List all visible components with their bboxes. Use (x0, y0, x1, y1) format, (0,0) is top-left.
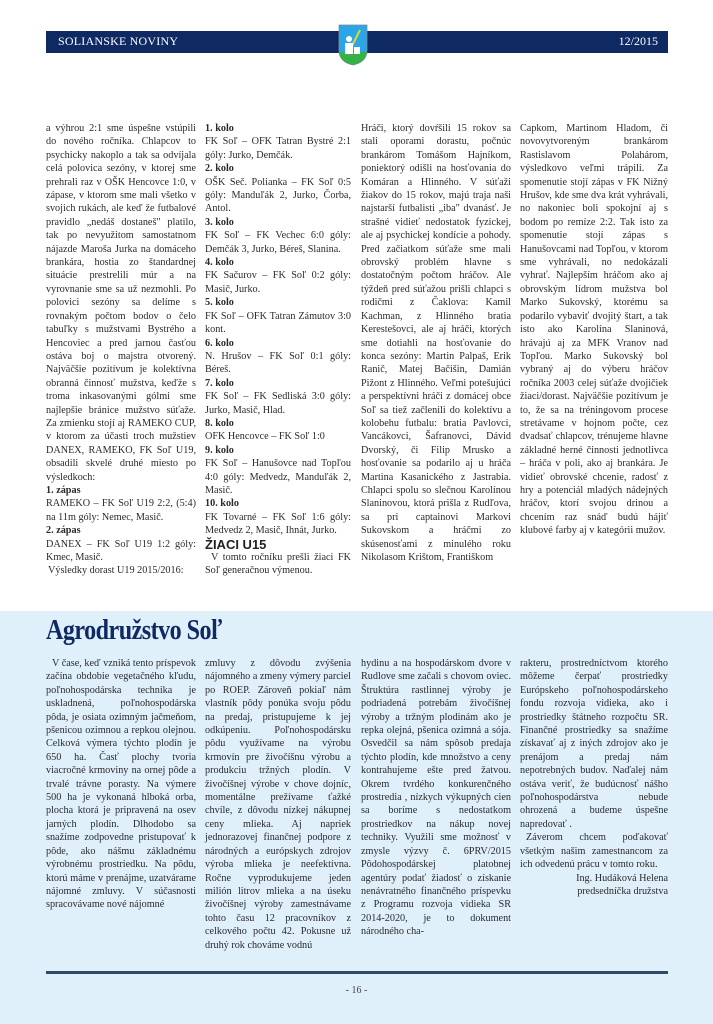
round-result: FK Soľ – OFK Tatran Zámutov 3:0 kont. (205, 310, 351, 337)
round-label: 7. kolo (205, 377, 351, 390)
football-column-4: Capkom, Martinom Hladom, či novovytvoren… (520, 122, 668, 538)
football-paragraph: a výhrou 2:1 sme úspešne vstúpili do nov… (46, 122, 196, 484)
u15-paragraph: Hráči, ktorý dovŕšili 15 rokov sa stali … (361, 122, 511, 564)
publication-title: SOLIANSKE NOVINY (58, 34, 178, 49)
round-label: 5. kolo (205, 296, 351, 309)
round-label: 9. kolo (205, 444, 351, 457)
signature-role: predsedníčka družstva (520, 885, 668, 898)
agro-column-4: rakteru, prostredníctvom ktorého môžeme … (520, 657, 668, 898)
football-column-3: Hráči, ktorý dovŕšili 15 rokov sa stali … (361, 122, 511, 564)
agro-paragraph: rakteru, prostredníctvom ktorého môžeme … (520, 657, 668, 831)
round-result: FK Sačurov – FK Soľ 0:2 góly: Masič, Jur… (205, 269, 351, 296)
agro-paragraph: V čase, keď vzniká tento príspevok začín… (46, 657, 196, 912)
round-result: FK Tovarné – FK Soľ 1:6 góly: Medvedz 2,… (205, 511, 351, 538)
footer-divider (46, 971, 668, 974)
round-label: 6. kolo (205, 337, 351, 350)
cup-match-result: RAMEKO – FK Soľ U19 2:2, (5:4) na 11m gó… (46, 497, 196, 524)
issue-number: 12/2015 (619, 34, 658, 49)
agro-closing: Záverom chcem poďakovať všetkým našim za… (520, 831, 668, 871)
agro-paragraph: hydinu a na hospodárskom dvore v Rudlove… (361, 657, 511, 939)
football-column-1: a výhrou 2:1 sme úspešne vstúpili do nov… (46, 122, 196, 578)
round-result: FK Soľ – Hanušovce nad Topľou 4:0 góly: … (205, 457, 351, 497)
agro-paragraph: zmluvy z dôvodu zvýšenia nájomného a zme… (205, 657, 351, 952)
agro-column-1: V čase, keď vzniká tento príspevok začín… (46, 657, 196, 912)
cup-match-label: 2. zápas (46, 524, 196, 537)
u15-paragraph: Capkom, Martinom Hladom, či novovytvoren… (520, 122, 668, 538)
page-number: - 16 - (0, 985, 713, 996)
round-label: 8. kolo (205, 417, 351, 430)
section-title: Agrodružstvo Soľ (46, 615, 222, 647)
results-intro: Výsledky dorast U19 2015/2016: (46, 564, 196, 577)
section-heading-u15: ŽIACI U15 (205, 538, 351, 551)
round-label: 10. kolo (205, 497, 351, 510)
round-result: FK Soľ – FK Vechec 6:0 góly: Demčák 3, J… (205, 229, 351, 256)
round-result: N. Hrušov – FK Soľ 0:1 góly: Béreš. (205, 350, 351, 377)
round-label: 4. kolo (205, 256, 351, 269)
agro-column-2: zmluvy z dôvodu zvýšenia nájomného a zme… (205, 657, 351, 952)
agrodruzstvo-section: Agrodružstvo Soľ V čase, keď vzniká tent… (0, 611, 713, 1024)
round-result: FK Soľ – OFK Tatran Bystré 2:1 góly: Jur… (205, 135, 351, 162)
municipal-coat-of-arms-icon (338, 24, 368, 66)
signature-name: Ing. Hudáková Helena (520, 872, 668, 885)
round-result: OFK Hencovce – FK Soľ 1:0 (205, 430, 351, 443)
cup-match-label: 1. zápas (46, 484, 196, 497)
round-label: 2. kolo (205, 162, 351, 175)
round-result: OŠK Seč. Polianka – FK Soľ 0:5 góly: Man… (205, 176, 351, 216)
agro-column-3: hydinu a na hospodárskom dvore v Rudlove… (361, 657, 511, 939)
round-label: 3. kolo (205, 216, 351, 229)
round-label: 1. kolo (205, 122, 351, 135)
football-column-2: 1. kolo FK Soľ – OFK Tatran Bystré 2:1 g… (205, 122, 351, 578)
round-result: FK Soľ – FK Sedliská 3:0 góly: Jurko, Ma… (205, 390, 351, 417)
cup-match-result: DANEX – FK Soľ U19 1:2 góly: Kmec, Masič… (46, 538, 196, 565)
u15-intro: V tomto ročníku prešli žiaci FK Soľ gene… (205, 551, 351, 578)
